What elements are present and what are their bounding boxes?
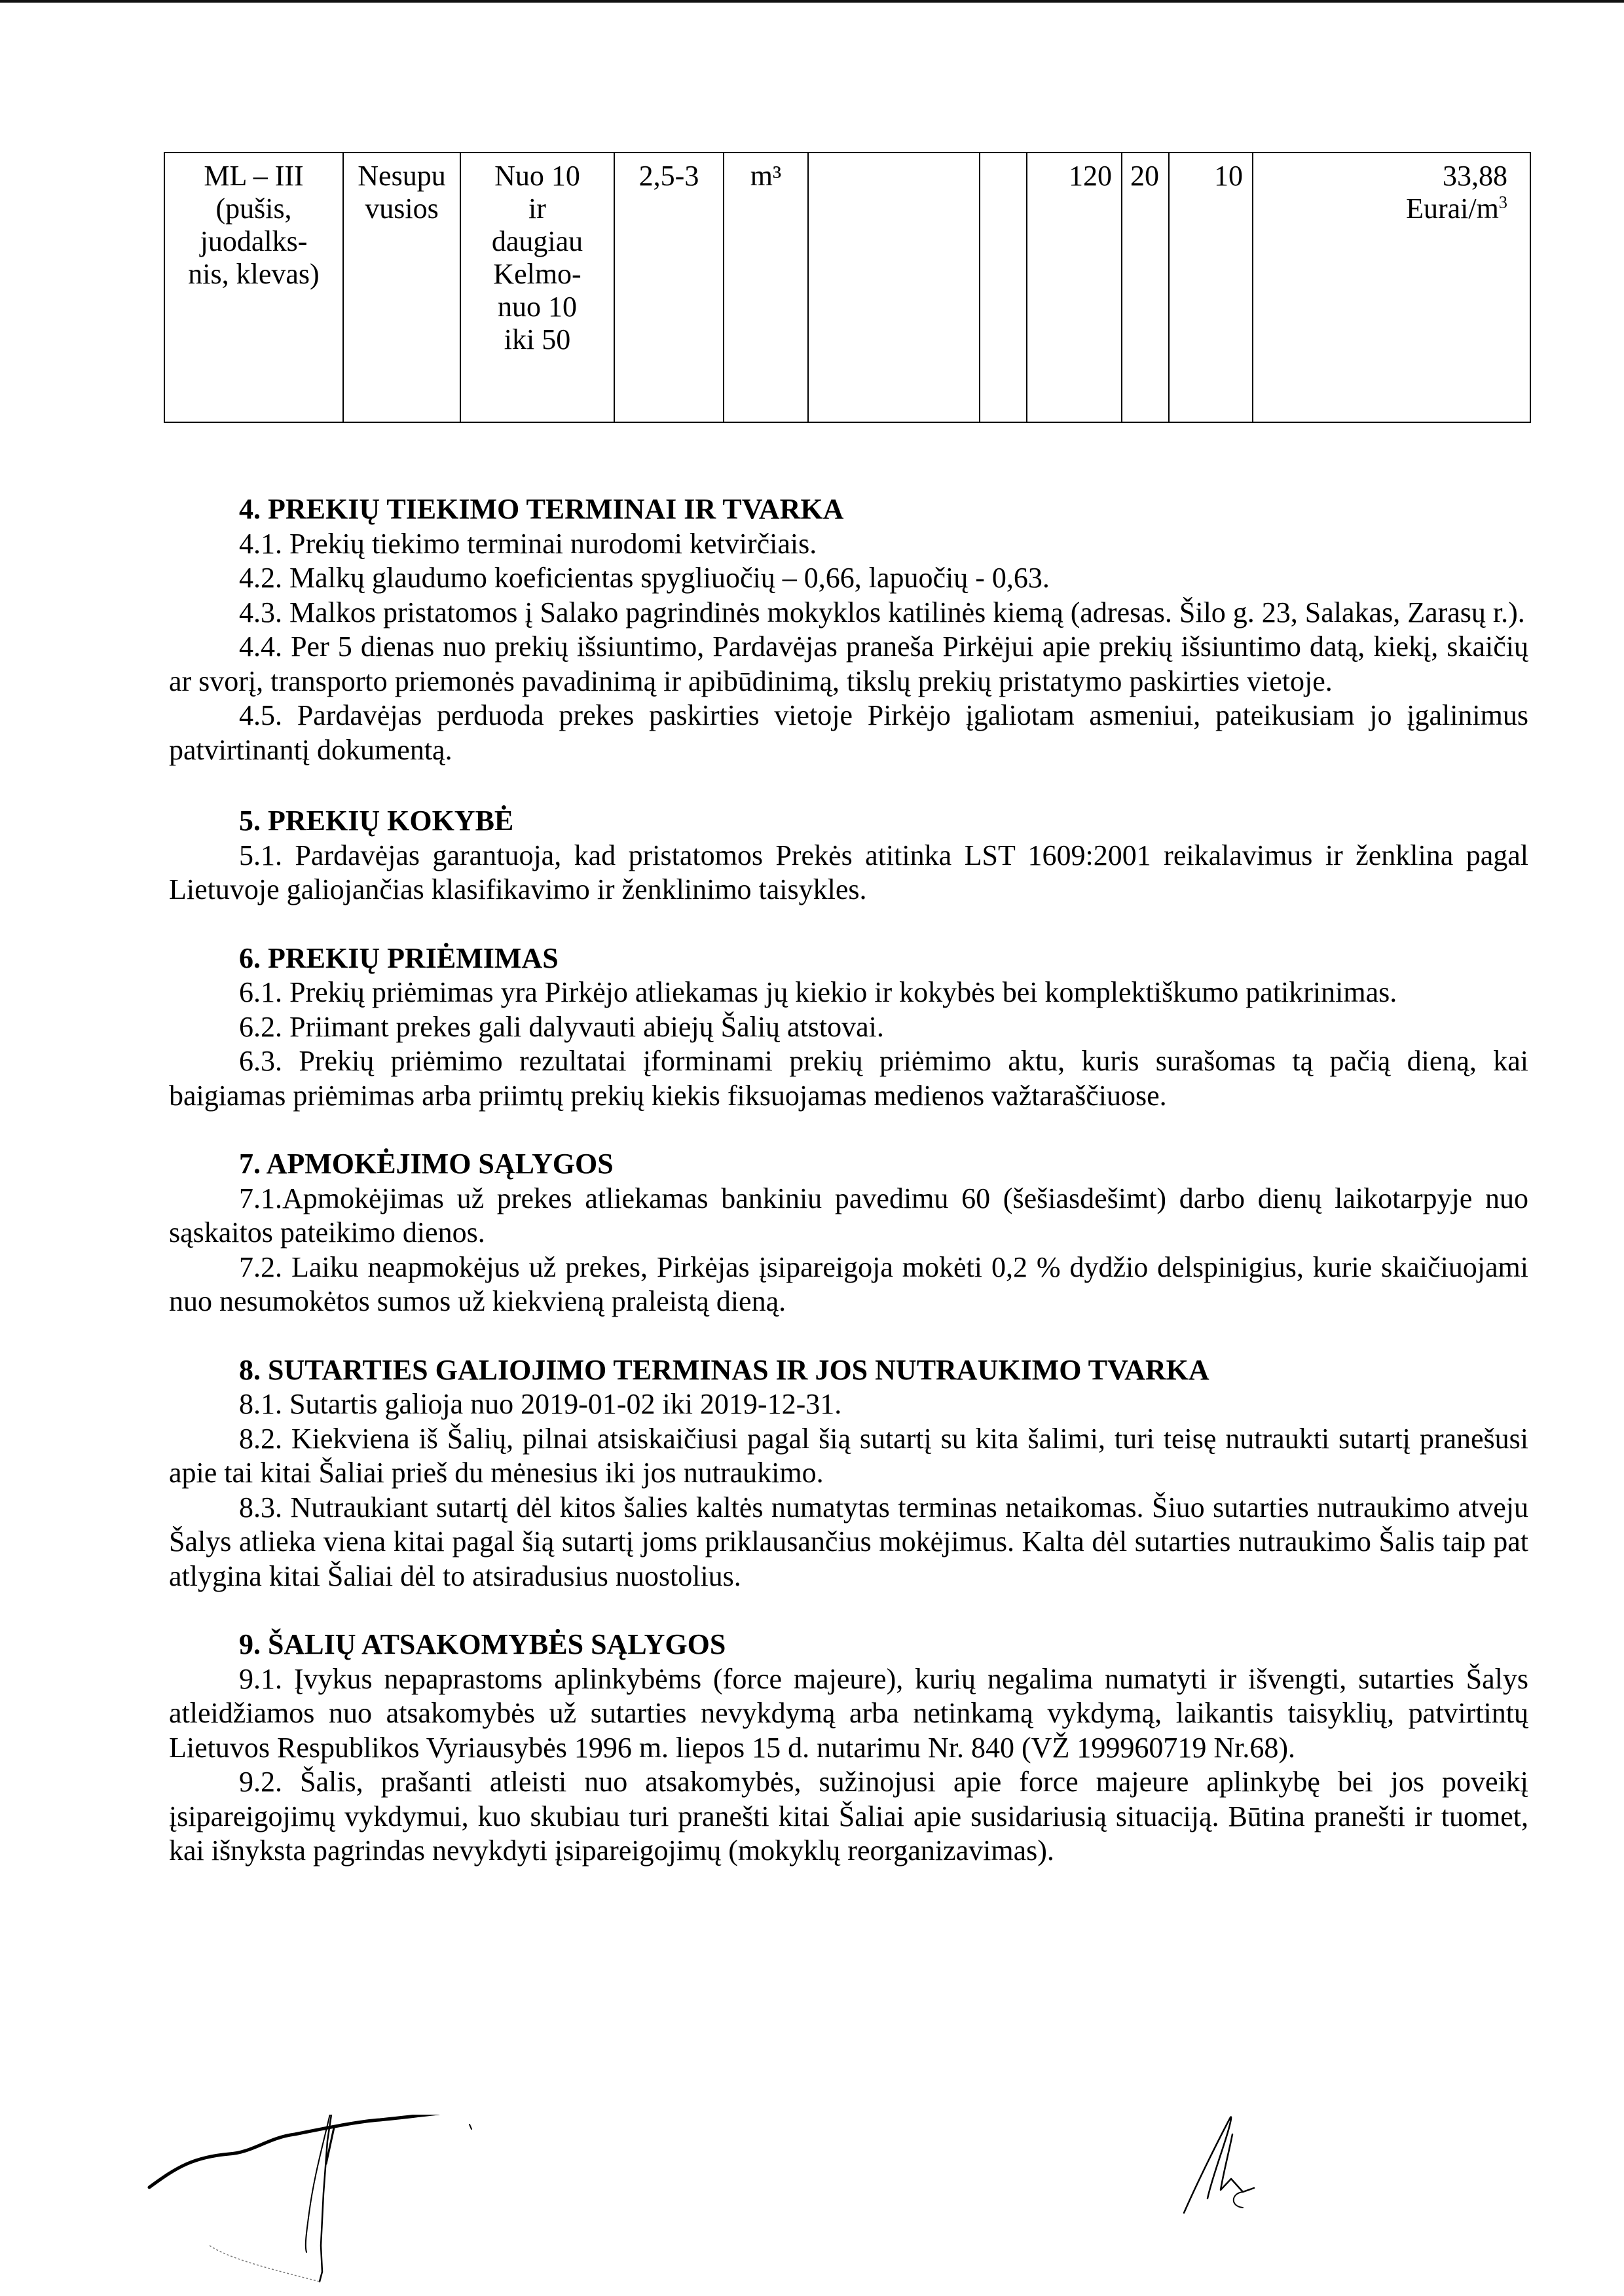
section-heading: 8. SUTARTIES GALIOJIMO TERMINAS IR JOS N… bbox=[169, 1353, 1528, 1388]
cell-price: 33,88Eurai/m3 bbox=[1253, 153, 1530, 422]
clause-6-1: 6.1. Prekių priėmimas yra Pirkėjo atliek… bbox=[169, 975, 1528, 1010]
cell-quantity-3: 10 bbox=[1169, 153, 1253, 422]
section-heading: 7. APMOKĖJIMO SĄLYGOS bbox=[169, 1147, 1528, 1182]
section-validity-termination: 8. SUTARTIES GALIOJIMO TERMINAS IR JOS N… bbox=[169, 1353, 1528, 1594]
section-delivery-terms: 4. PREKIŲ TIEKIMO TERMINAI IR TVARKA 4.1… bbox=[169, 492, 1528, 767]
cell-condition: Nesupu vusios bbox=[343, 153, 460, 422]
clause-4-2: 4.2. Malkų glaudumo koeficientas spygliu… bbox=[169, 561, 1528, 596]
cell-blank-2 bbox=[980, 153, 1027, 422]
clause-6-3: 6.3. Prekių priėmimo rezultatai įformina… bbox=[169, 1044, 1528, 1113]
section-heading: 6. PREKIŲ PRIĖMIMAS bbox=[169, 941, 1528, 976]
cell-unit: m³ bbox=[724, 153, 808, 422]
section-heading: 9. ŠALIŲ ATSAKOMYBĖS SĄLYGOS bbox=[169, 1628, 1528, 1662]
clause-8-3: 8.3. Nutraukiant sutartį dėl kitos šalie… bbox=[169, 1491, 1528, 1594]
table-row: ML – III (pušis, juodalks- nis, klevas) … bbox=[164, 153, 1530, 422]
clause-7-2: 7.2. Laiku neapmokėjus už prekes, Pirkėj… bbox=[169, 1250, 1528, 1319]
clause-8-2: 8.2. Kiekviena iš Šalių, pilnai atsiskai… bbox=[169, 1422, 1528, 1491]
cell-blank-1 bbox=[808, 153, 980, 422]
handwritten-signature-icon bbox=[138, 2115, 504, 2291]
clause-5-1: 5.1. Pardavėjas garantuoja, kad pristato… bbox=[169, 839, 1528, 907]
goods-table: ML – III (pušis, juodalks- nis, klevas) … bbox=[164, 152, 1531, 423]
contract-body: 4. PREKIŲ TIEKIMO TERMINAI IR TVARKA 4.1… bbox=[169, 492, 1528, 1903]
signature-left bbox=[138, 2115, 504, 2291]
section-quality: 5. PREKIŲ KOKYBĖ 5.1. Pardavėjas garantu… bbox=[169, 804, 1528, 907]
price-unit: Eurai/m bbox=[1406, 192, 1499, 225]
clause-9-2: 9.2. Šalis, prašanti atleisti nuo atsako… bbox=[169, 1765, 1528, 1868]
cell-wood-kind: ML – III (pušis, juodalks- nis, klevas) bbox=[164, 153, 343, 422]
handwritten-signature-icon bbox=[1166, 2115, 1283, 2226]
clause-4-4: 4.4. Per 5 dienas nuo prekių išsiuntimo,… bbox=[169, 630, 1528, 699]
clause-8-1: 8.1. Sutartis galioja nuo 2019-01-02 iki… bbox=[169, 1387, 1528, 1422]
clause-6-2: 6.2. Priimant prekes gali dalyvauti abie… bbox=[169, 1010, 1528, 1045]
section-heading: 4. PREKIŲ TIEKIMO TERMINAI IR TVARKA bbox=[169, 492, 1528, 527]
section-liability: 9. ŠALIŲ ATSAKOMYBĖS SĄLYGOS 9.1. Įvykus… bbox=[169, 1628, 1528, 1868]
clause-4-5: 4.5. Pardavėjas perduoda prekes paskirti… bbox=[169, 699, 1528, 767]
clause-9-1: 9.1. Įvykus nepaprastoms aplinkybėms (fo… bbox=[169, 1662, 1528, 1766]
signature-right bbox=[1166, 2115, 1283, 2226]
clause-7-1: 7.1.Apmokėjimas už prekes atliekamas ban… bbox=[169, 1182, 1528, 1250]
cell-quantity-1: 120 bbox=[1027, 153, 1122, 422]
clause-4-1: 4.1. Prekių tiekimo terminai nurodomi ke… bbox=[169, 527, 1528, 562]
section-payment: 7. APMOKĖJIMO SĄLYGOS 7.1.Apmokėjimas už… bbox=[169, 1147, 1528, 1319]
section-heading: 5. PREKIŲ KOKYBĖ bbox=[169, 804, 1528, 839]
cell-length: 2,5-3 bbox=[614, 153, 724, 422]
scan-edge-line bbox=[0, 0, 1624, 3]
clause-4-3: 4.3. Malkos pristatomos į Salako pagrind… bbox=[169, 596, 1528, 630]
cell-size: Nuo 10 ir daugiau Kelmo- nuo 10 iki 50 bbox=[460, 153, 614, 422]
price-value: 33,88 bbox=[1443, 160, 1507, 192]
section-acceptance: 6. PREKIŲ PRIĖMIMAS 6.1. Prekių priėmima… bbox=[169, 941, 1528, 1114]
cell-quantity-2: 20 bbox=[1122, 153, 1169, 422]
price-unit-superscript: 3 bbox=[1499, 192, 1507, 211]
